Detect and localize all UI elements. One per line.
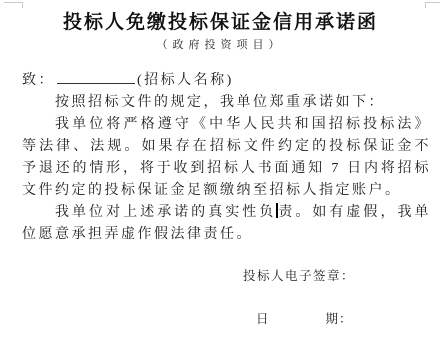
document-body[interactable]: 致：(招标人名称) 按照招标文件的规定，我单位郑重承诺如下： 我单位将严格遵守《…	[22, 70, 431, 246]
salutation-line: 致：(招标人名称)	[22, 70, 431, 92]
paragraph-law-compliance: 我单位将严格遵守《中华人民共和国招标投标法》等法律、法规。如果存在招标文件约定的…	[22, 114, 431, 202]
date-label-right: 期：	[326, 312, 353, 326]
date-line: 日期：	[256, 309, 353, 327]
bidder-electronic-seal-label: 投标人电子签章：	[243, 266, 355, 284]
date-label-left: 日	[256, 312, 270, 326]
salutation-suffix: (招标人名称)	[137, 73, 234, 88]
document-title: 投标人免缴投标保证金信用承诺函	[0, 7, 441, 34]
document-page[interactable]: 投标人免缴投标保证金信用承诺函 （政府投资项目） 致：(招标人名称) 按照招标文…	[0, 0, 441, 360]
recipient-name-blank[interactable]	[57, 70, 135, 84]
document-subtitle: （政府投资项目）	[0, 36, 441, 52]
salutation-prefix: 致：	[22, 73, 55, 88]
paragraph-truthfulness: 我单位对上述承诺的真实性负责。如有虚假，我单位愿意承担弄虚作假法律责任。	[22, 202, 431, 246]
paragraph-truthfulness-before-caret: 我单位对上述承诺的真实性负	[55, 205, 276, 220]
paragraph-commitment-intro: 按照招标文件的规定，我单位郑重承诺如下：	[22, 92, 431, 114]
